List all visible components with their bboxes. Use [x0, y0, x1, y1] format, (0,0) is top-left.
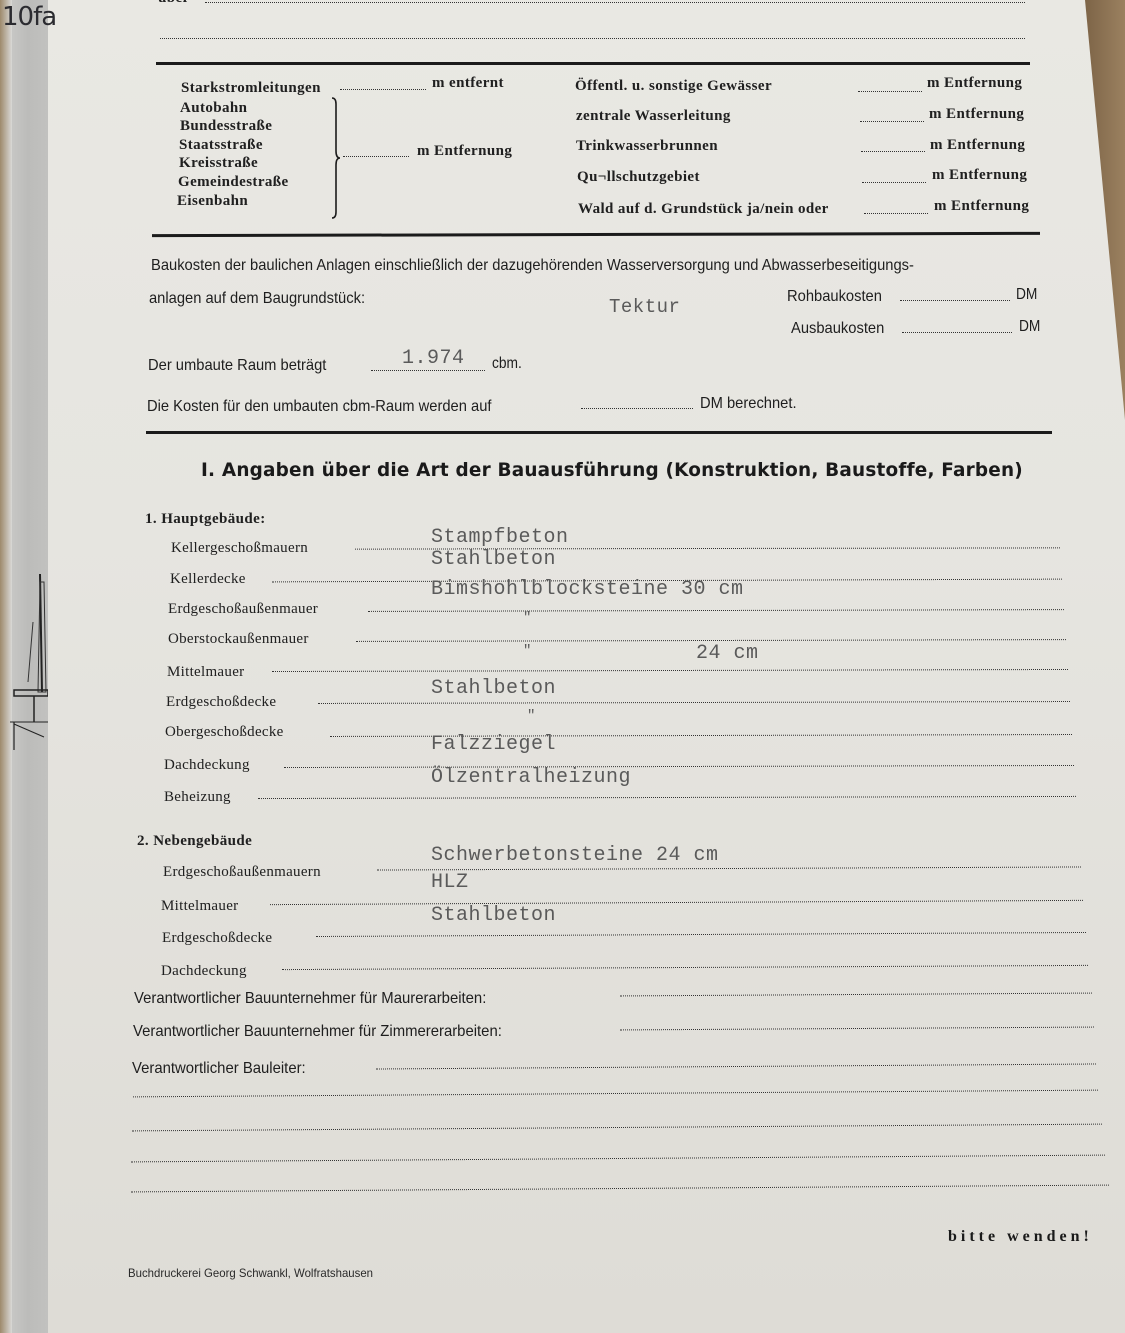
- cost-per-cbm-field[interactable]: [581, 408, 693, 409]
- row-label: Erdgeschoßdecke: [166, 694, 276, 711]
- cost-per-cbm-suffix: DM berechnet.: [700, 395, 797, 413]
- rohbau-cost-field[interactable]: [900, 300, 1010, 301]
- brace-bracket: [330, 96, 342, 220]
- costs-intro-line2: anlagen auf dem Baugrundstück:: [149, 290, 365, 308]
- water-supply-unit: m Entfernung: [929, 106, 1024, 123]
- ausbau-currency: DM: [1019, 318, 1040, 336]
- section-divider: [156, 62, 1030, 65]
- rohbau-label: Rohbaukosten: [787, 288, 882, 306]
- forest-label: Wald auf d. Grundstück ja/nein oder: [578, 201, 829, 218]
- row-label: Erdgeschoßaußenmauern: [163, 864, 321, 881]
- row-label: Mittelmauer: [167, 664, 244, 681]
- road-label: Autobahn: [180, 100, 247, 117]
- row-label: Dachdeckung: [164, 757, 250, 774]
- road-label: Gemeindestraße: [178, 174, 289, 191]
- row-value-extra[interactable]: 24 cm: [696, 642, 759, 665]
- row-value[interactable]: Ölzentralheizung: [431, 766, 631, 789]
- forest-unit: m Entfernung: [934, 198, 1029, 215]
- rohbau-currency: DM: [1016, 286, 1037, 304]
- road-label: Staatsstraße: [179, 137, 263, 154]
- row-label: Kellergeschoßmauern: [171, 540, 308, 557]
- section-divider: [146, 431, 1052, 434]
- row-label: Dachdeckung: [161, 963, 247, 980]
- drinking-well-label: Trinkwasserbrunnen: [576, 138, 718, 155]
- row-value[interactable]: ": [523, 610, 532, 626]
- row-value[interactable]: Bimshohlblocksteine 30 cm: [431, 578, 744, 601]
- ausbau-label: Ausbaukosten: [791, 320, 884, 338]
- water-bodies-label: Öffentl. u. sonstige Gewässer: [575, 78, 772, 95]
- spring-protection-distance-field[interactable]: [862, 182, 926, 183]
- water-bodies-distance-field[interactable]: [858, 91, 922, 92]
- mason-contractor-label: Verantwortlicher Bauunternehmer für Maur…: [134, 990, 486, 1008]
- row-value[interactable]: Stampfbeton: [431, 526, 569, 549]
- section-title: I. Angaben über die Art der Bauausführun…: [201, 459, 1023, 481]
- power-line-distance-field[interactable]: [340, 89, 426, 90]
- architectural-sketch-fragment: [8, 572, 48, 752]
- row-label: Obergeschoßdecke: [165, 724, 284, 741]
- volume-field[interactable]: [371, 370, 485, 371]
- roads-distance-field[interactable]: [343, 156, 409, 157]
- row-value[interactable]: Stahlbeton: [431, 677, 556, 700]
- row-value[interactable]: HLZ: [431, 871, 469, 894]
- spring-protection-label: Qu¬llschutzgebiet: [577, 169, 700, 186]
- row-value[interactable]: ": [523, 643, 532, 659]
- row-value[interactable]: ": [527, 708, 536, 724]
- row-label: Mittelmauer: [161, 898, 238, 915]
- power-line-label: Starkstromleitungen: [181, 80, 321, 97]
- spring-protection-unit: m Entfernung: [932, 167, 1027, 184]
- outbuilding-heading: 2. Nebengebäude: [137, 833, 252, 850]
- costs-intro-line1: Baukosten der baulichen Anlagen einschli…: [151, 257, 914, 275]
- row-label: Erdgeschoßaußenmauer: [168, 601, 318, 618]
- row-value[interactable]: Stahlbeton: [431, 904, 556, 927]
- main-building-heading: 1. Hauptgebäude:: [145, 511, 266, 528]
- cost-per-cbm-label: Die Kosten für den umbauten cbm-Raum wer…: [147, 398, 491, 416]
- row-label: Kellerdecke: [170, 571, 246, 588]
- printer-imprint: Buchdruckerei Georg Schwankl, Wolfratsha…: [128, 1266, 373, 1280]
- road-label: Kreisstraße: [179, 155, 258, 172]
- water-bodies-unit: m Entfernung: [927, 75, 1022, 92]
- margin-handwriting: 10fa: [2, 2, 56, 32]
- tektur-stamp: Tektur: [609, 296, 680, 318]
- please-turn-note: bitte wenden!: [948, 1228, 1093, 1246]
- forest-distance-field[interactable]: [864, 213, 928, 214]
- site-manager-label: Verantwortlicher Bauleiter:: [132, 1060, 306, 1078]
- row-label: Beheizung: [164, 789, 231, 806]
- fill-line-above[interactable]: [160, 38, 1025, 39]
- row-label: Erdgeschoßdecke: [162, 930, 272, 947]
- water-supply-distance-field[interactable]: [860, 121, 924, 122]
- roads-unit: m Entfernung: [417, 143, 512, 160]
- volume-label: Der umbaute Raum beträgt: [148, 357, 326, 375]
- power-line-unit: m entfernt: [432, 75, 504, 92]
- volume-unit: cbm.: [492, 355, 522, 373]
- row-label: Oberstockaußenmauer: [168, 631, 309, 648]
- road-label: Bundesstraße: [180, 118, 272, 135]
- water-supply-label: zentrale Wasserleitung: [576, 108, 731, 125]
- top-partial-label: über: [158, 0, 190, 7]
- drinking-well-distance-field[interactable]: [861, 151, 925, 152]
- row-value[interactable]: Stahlbeton: [431, 548, 556, 571]
- drinking-well-unit: m Entfernung: [930, 137, 1025, 154]
- road-label: Eisenbahn: [177, 193, 248, 210]
- row-value[interactable]: Falzziegel: [431, 733, 556, 756]
- top-fill-line[interactable]: [205, 2, 1025, 3]
- row-value[interactable]: Schwerbetonsteine 24 cm: [431, 844, 719, 867]
- volume-value[interactable]: 1.974: [402, 347, 465, 370]
- carpenter-contractor-label: Verantwortlicher Bauunternehmer für Zimm…: [133, 1023, 502, 1041]
- ausbau-cost-field[interactable]: [902, 332, 1012, 333]
